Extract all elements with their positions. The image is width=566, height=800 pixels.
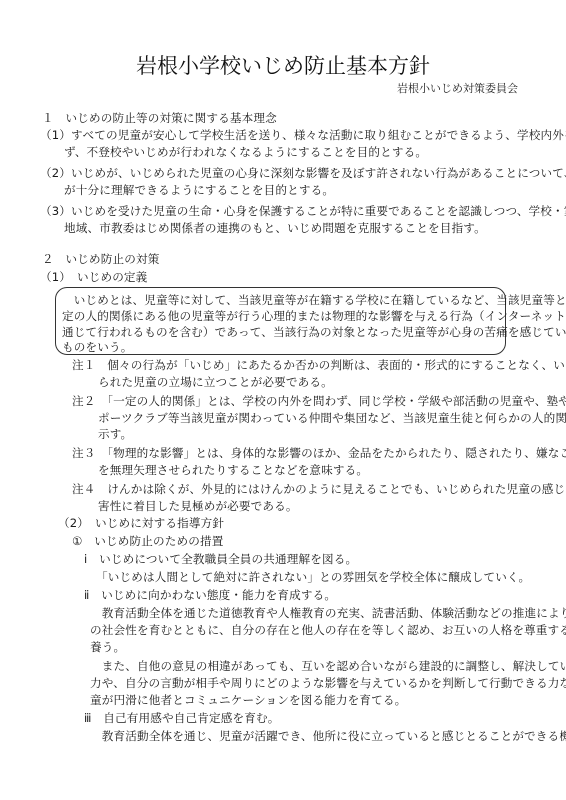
section1-item2-line2: が十分に理解できるようにすることを目的とする。 <box>64 183 334 197</box>
measure-ii-para1-line3: 養う。 <box>90 640 125 654</box>
section1-item3-line2: 地域、市教委はじめ関係者の連携のもと、いじめ問題を克服することを目指す。 <box>64 221 486 235</box>
measure-ii-para2-line2: 力や、自分の言動が相手や周りにどのような影響を与えているかを判断して行動できる力… <box>90 676 566 690</box>
measure-iii-para1-line1: 教育活動全体を通じ、児童が活躍でき、他所に役に立っていると感じとることができる機… <box>90 729 566 743</box>
section1-item3-line1: （3）いじめを受けた児童の生命・心身を保護することが特に重要であることを認識しつ… <box>40 204 566 218</box>
section1-item1-line2: ず、不登校やいじめが行われなくなるようにすることを目的とする。 <box>64 145 427 159</box>
guidance-heading: （2） いじめに対する指導方針 <box>58 516 224 530</box>
measure-ii-para1-line1: 教育活動全体を通じた道徳教育や人権教育の充実、読書活動、体験活動などの推進により… <box>90 606 566 620</box>
measure-i-text: 「いじめは人間として絶対に許されない」との雰囲気を学校全体に醸成していく。 <box>96 570 530 584</box>
note3-line1: 注３ 「物理的な影響」とは、身体的な影響のほか、金品をたかられたり、隠されたり、… <box>72 446 566 460</box>
definition-line2: 定の人的関係にある他の児童等が行う心理的または物理的な影響を与える行為（インター… <box>62 309 566 323</box>
section1-heading: １ いじめの防止等の対策に関する基本理念 <box>42 111 277 125</box>
measure-ii-heading: ⅱ いじめに向かわない態度・能力を育成する。 <box>84 588 336 602</box>
organization-name: 岩根小いじめ対策委員会 <box>397 80 518 96</box>
note1-line1: 注１ 個々の行為が「いじめ」にあたるか否かの判断は、表面的・形式的にすることなく… <box>72 358 566 372</box>
note2-line3: 示す。 <box>98 427 132 441</box>
measure-ii-para1-line2: の社会性を育むとともに、自分の存在と他人の存在を等しく認め、お互いの人格を尊重す… <box>90 623 566 637</box>
note3-line2: を無理矢理させられたりすることなどを意味する。 <box>98 463 368 477</box>
measure-ii-para2-line1: また、自他の意見の相違があっても、互いを認め合いながら建設的に調整し、解決してい… <box>90 659 566 673</box>
definition-line1: いじめとは、児童等に対して、当該児童等が在籍する学校に在籍しているなど、当該児童… <box>62 293 566 307</box>
measure-i-heading: ⅰ いじめについて全教職員全員の共通理解を図る。 <box>84 552 357 566</box>
prevention-measures-heading: ① いじめ防止のための措置 <box>72 534 223 548</box>
measure-iii-heading: ⅲ 自己有用感や自己肯定感を育む。 <box>84 711 279 725</box>
section1-item2-line1: （2）いじめが、いじめられた児童の心身に深刻な影響を及ぼす許されない行為があるこ… <box>40 166 566 180</box>
note1-line2: られた児童の立場に立つことが必要である。 <box>98 375 333 389</box>
section1-item1-line1: （1）すべての児童が安心して学校生活を送り、様々な活動に取り組むことができるよう… <box>40 128 566 142</box>
note2-line2: ポーツクラブ等当該児童が関わっている仲間や集団など、当該児童生徒と何らかの人的関… <box>98 411 566 425</box>
note4-line1: 注４ けんかは除くが、外見的にはけんかのように見えることでも、いじめられた児童の… <box>72 482 566 496</box>
measure-ii-para2-line3: 童が円滑に他者とコミュニケーションを図る能力を育てる。 <box>90 693 406 707</box>
note4-line2: 害性に着目した見極めが必要である。 <box>98 499 298 513</box>
definition-heading: （1） いじめの定義 <box>40 270 147 284</box>
document-title: 岩根小学校いじめ防止基本方針 <box>0 50 566 80</box>
definition-line4: ものをいう。 <box>62 340 132 354</box>
note2-line1: 注２ 「一定の人的関係」とは、学校の内外を問わず、同じ学校・学級や部活動の児童や… <box>72 394 566 408</box>
section2-heading: ２ いじめ防止の対策 <box>42 252 159 266</box>
definition-line3: 通じて行われるものを含む）であって、当該行為の対象となった児童等が心身の苦痛を感… <box>62 325 566 339</box>
